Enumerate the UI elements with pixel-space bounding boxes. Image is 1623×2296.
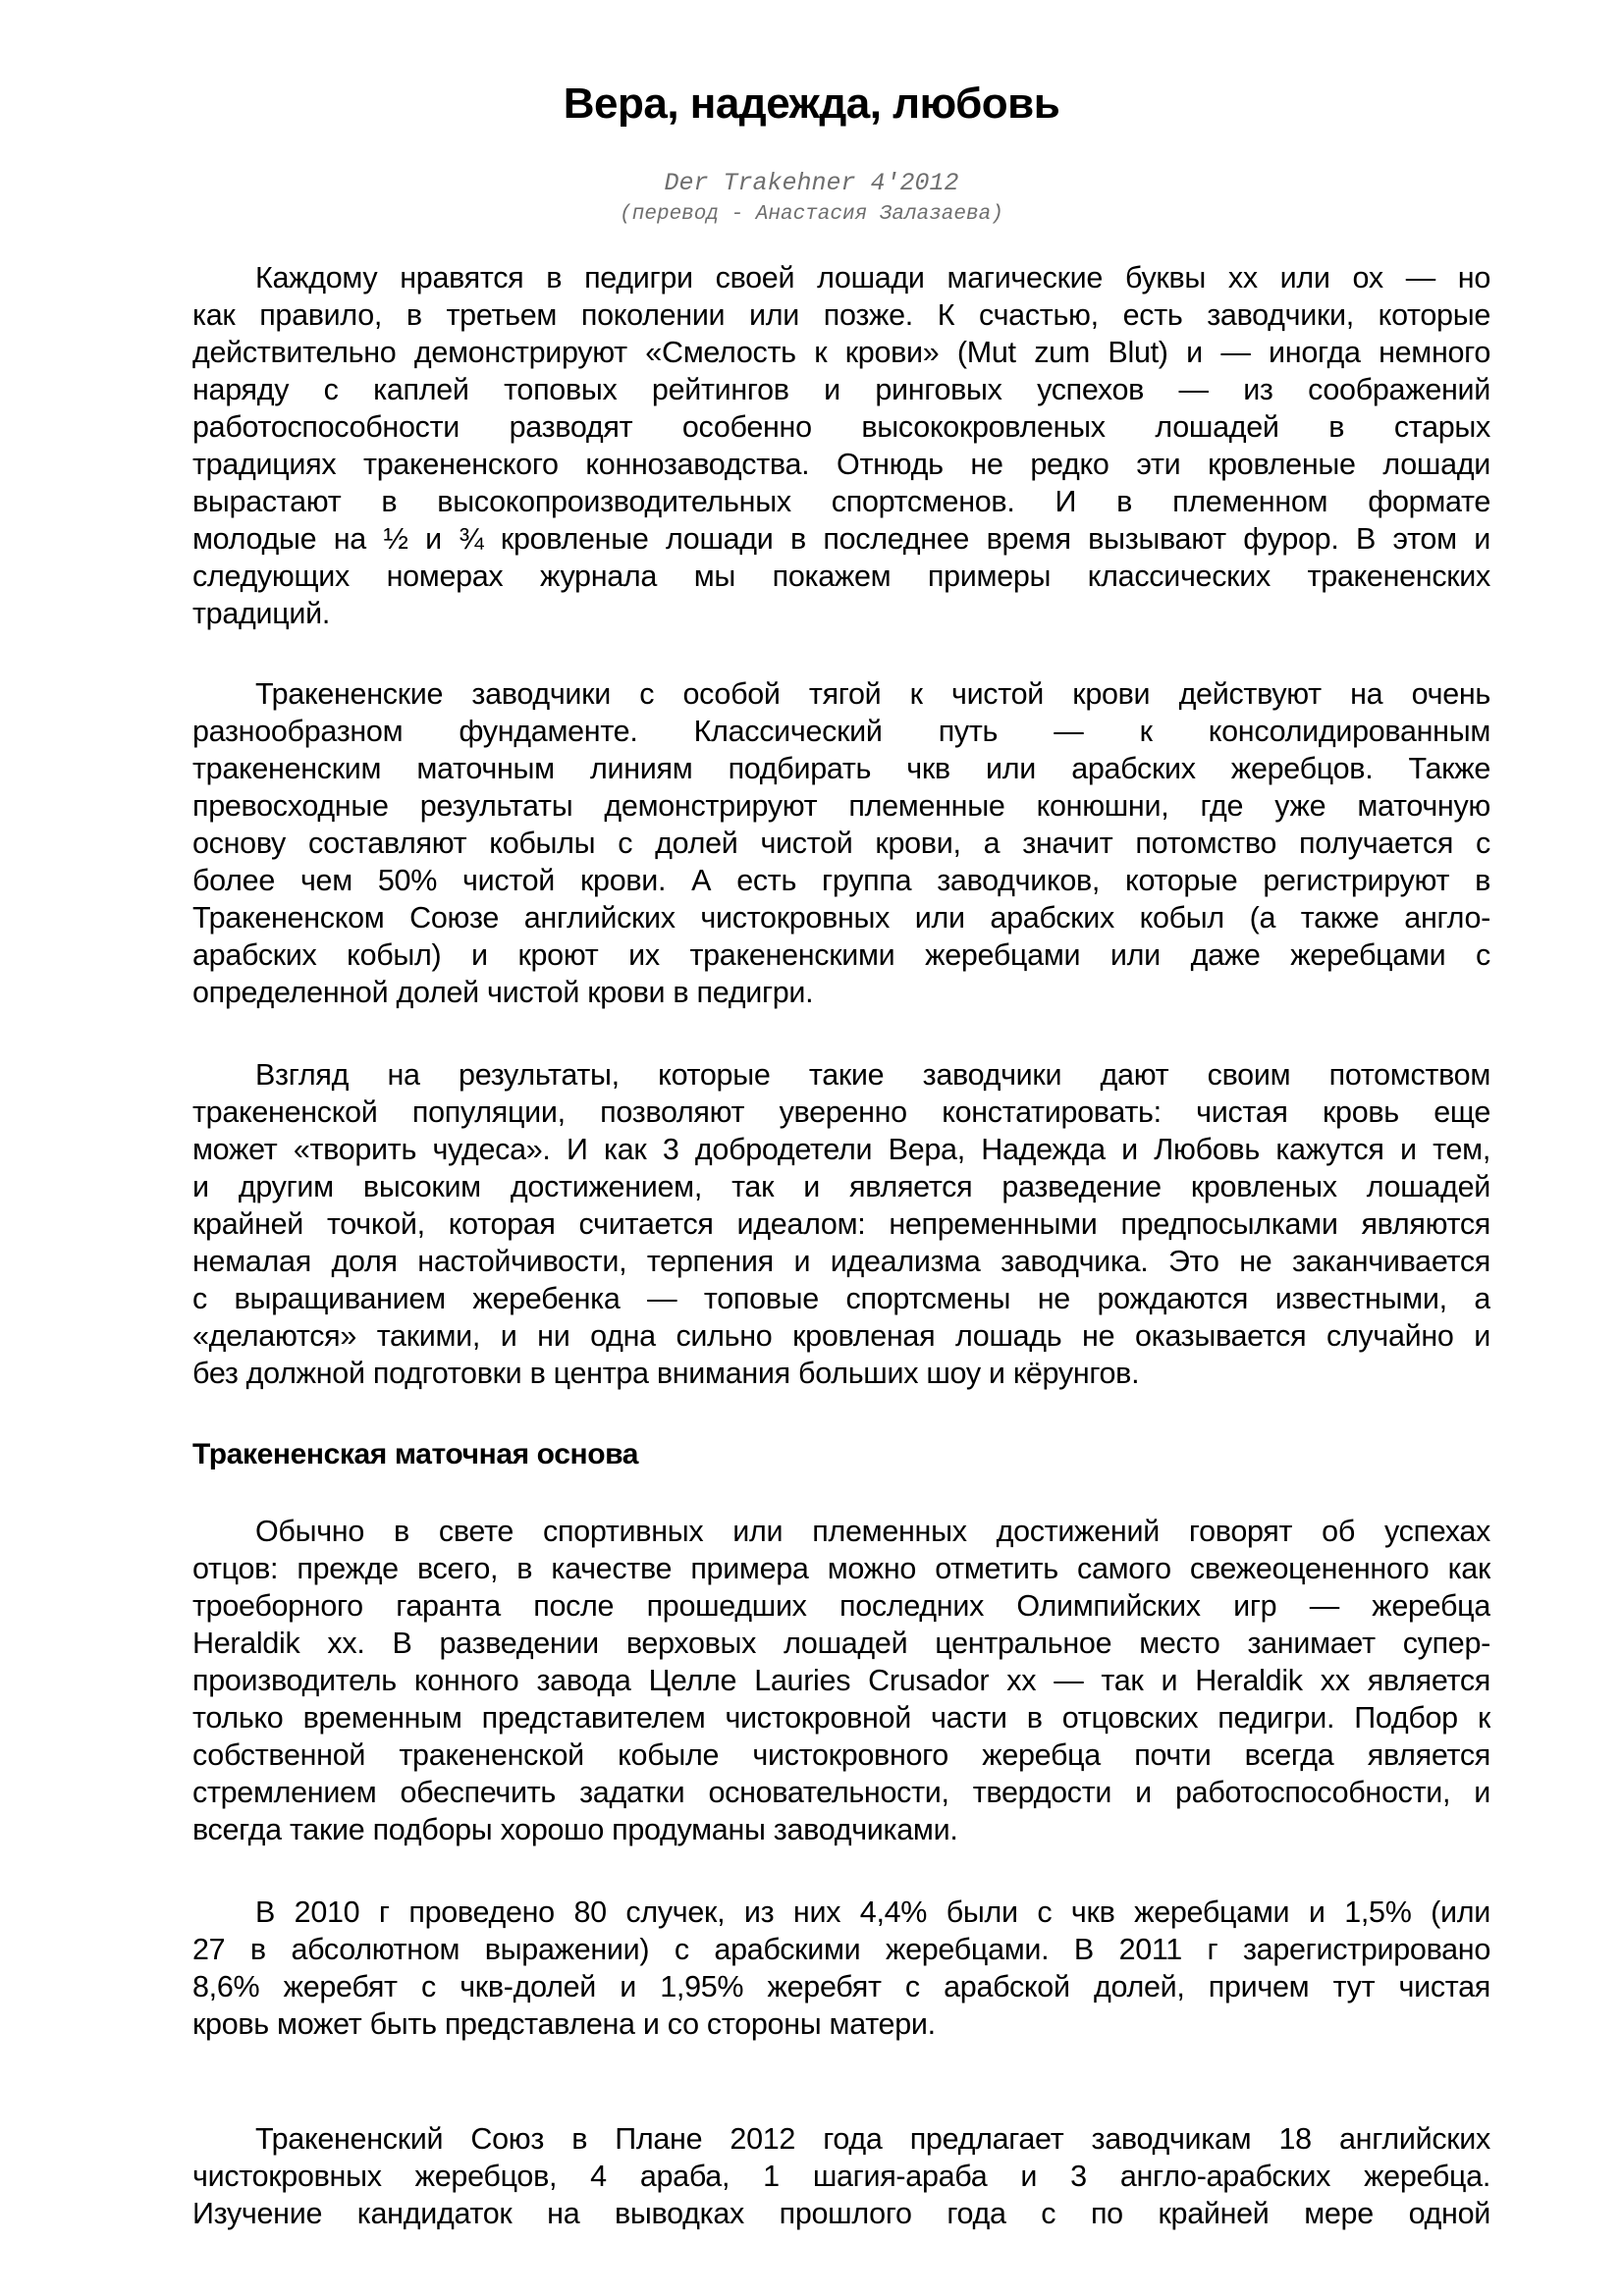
text-line: отцов: прежде всего, в качестве примера … (192, 1550, 1490, 1587)
paragraph: Тракененский Союз в Плане 2012 года пред… (192, 2120, 1490, 2232)
document-title: Вера, надежда, любовь (0, 77, 1623, 132)
text-line: арабских кобыл) и кроют их тракененскими… (192, 936, 1490, 974)
text-line: вырастают в высокопроизводительных спорт… (192, 483, 1490, 520)
text-line: и другим высоким достижением, так и явля… (192, 1168, 1490, 1205)
text-line: В 2010 г проведено 80 случек, из них 4,4… (192, 1894, 1490, 1931)
text-line: превосходные результаты демонстрируют пл… (192, 787, 1490, 825)
text-line: как правило, в третьем поколении или поз… (192, 296, 1490, 334)
text-line: Тракененском Союзе английских чистокровн… (192, 899, 1490, 936)
text-line: Тракененские заводчики с особой тягой к … (192, 675, 1490, 713)
paragraph: Тракененские заводчики с особой тягой к … (192, 675, 1490, 1011)
text-line: Тракененский Союз в Плане 2012 года пред… (192, 2120, 1490, 2158)
text-line: основу составляют кобылы с долей чистой … (192, 825, 1490, 862)
text-line: крайней точкой, которая считается идеало… (192, 1205, 1490, 1243)
section-heading: Тракененская маточная основа (192, 1436, 638, 1473)
text-line: тракененским маточным линиям подбирать ч… (192, 750, 1490, 787)
text-line: троеборного гаранта после прошедших посл… (192, 1587, 1490, 1625)
text-line: может «творить чудеса». И как 3 добродет… (192, 1131, 1490, 1168)
text-line: чистокровных жеребцов, 4 араба, 1 шагия-… (192, 2158, 1490, 2195)
text-line: 8,6% жеребят с чкв-долей и 1,95% жеребят… (192, 1968, 1490, 2005)
paragraph: Взгляд на результаты, которые такие заво… (192, 1056, 1490, 1392)
text-line: следующих номерах журнала мы покажем при… (192, 558, 1490, 595)
text-line: 27 в абсолютном выражении) с арабскими ж… (192, 1931, 1490, 1968)
text-line: работоспособности разводят особенно высо… (192, 408, 1490, 446)
document-page: Вера, надежда, любовь Der Trakehner 4'20… (0, 0, 1623, 2296)
text-line: Heraldik xx. В разведении верховых лошад… (192, 1625, 1490, 1662)
text-line: разнообразном фундаменте. Классический п… (192, 713, 1490, 750)
text-line: стремлением обеспечить задатки основател… (192, 1774, 1490, 1811)
text-line: «делаются» такими, и ни одна сильно кров… (192, 1317, 1490, 1355)
text-line: Обычно в свете спортивных или племенных … (192, 1513, 1490, 1550)
text-line: Изучение кандидаток на выводках прошлого… (192, 2195, 1490, 2232)
text-line: немалая доля настойчивости, терпения и и… (192, 1243, 1490, 1280)
text-line: традициях тракененского коннозаводства. … (192, 446, 1490, 483)
text-line: наряду с каплей топовых рейтингов и ринг… (192, 371, 1490, 408)
text-line: Каждому нравятся в педигри своей лошади … (192, 259, 1490, 296)
paragraph: Обычно в свете спортивных или племенных … (192, 1513, 1490, 1848)
text-line: тракененской популяции, позволяют уверен… (192, 1094, 1490, 1131)
text-line: определенной долей чистой крови в педигр… (192, 974, 1490, 1011)
translator-credit: (перевод - Анастасия Залазаева) (0, 202, 1623, 228)
paragraph: В 2010 г проведено 80 случек, из них 4,4… (192, 1894, 1490, 2043)
source-citation: Der Trakehner 4'2012 (0, 169, 1623, 198)
text-line: традиций. (192, 595, 1490, 632)
text-line: собственной тракененской кобыле чистокро… (192, 1736, 1490, 1774)
paragraph: Каждому нравятся в педигри своей лошади … (192, 259, 1490, 632)
text-line: с выращиванием жеребенка — топовые спорт… (192, 1280, 1490, 1317)
text-line: только временным представителем чистокро… (192, 1699, 1490, 1736)
text-line: без должной подготовки в центра внимания… (192, 1355, 1490, 1392)
text-line: производитель конного завода Целле Lauri… (192, 1662, 1490, 1699)
text-line: более чем 50% чистой крови. А есть групп… (192, 862, 1490, 899)
text-line: кровь может быть представлена и со сторо… (192, 2005, 1490, 2043)
text-line: молодые на ½ и ¾ кровленые лошади в посл… (192, 520, 1490, 558)
text-line: Взгляд на результаты, которые такие заво… (192, 1056, 1490, 1094)
text-line: всегда такие подборы хорошо продуманы за… (192, 1811, 1490, 1848)
text-line: действительно демонстрируют «Смелость к … (192, 334, 1490, 371)
